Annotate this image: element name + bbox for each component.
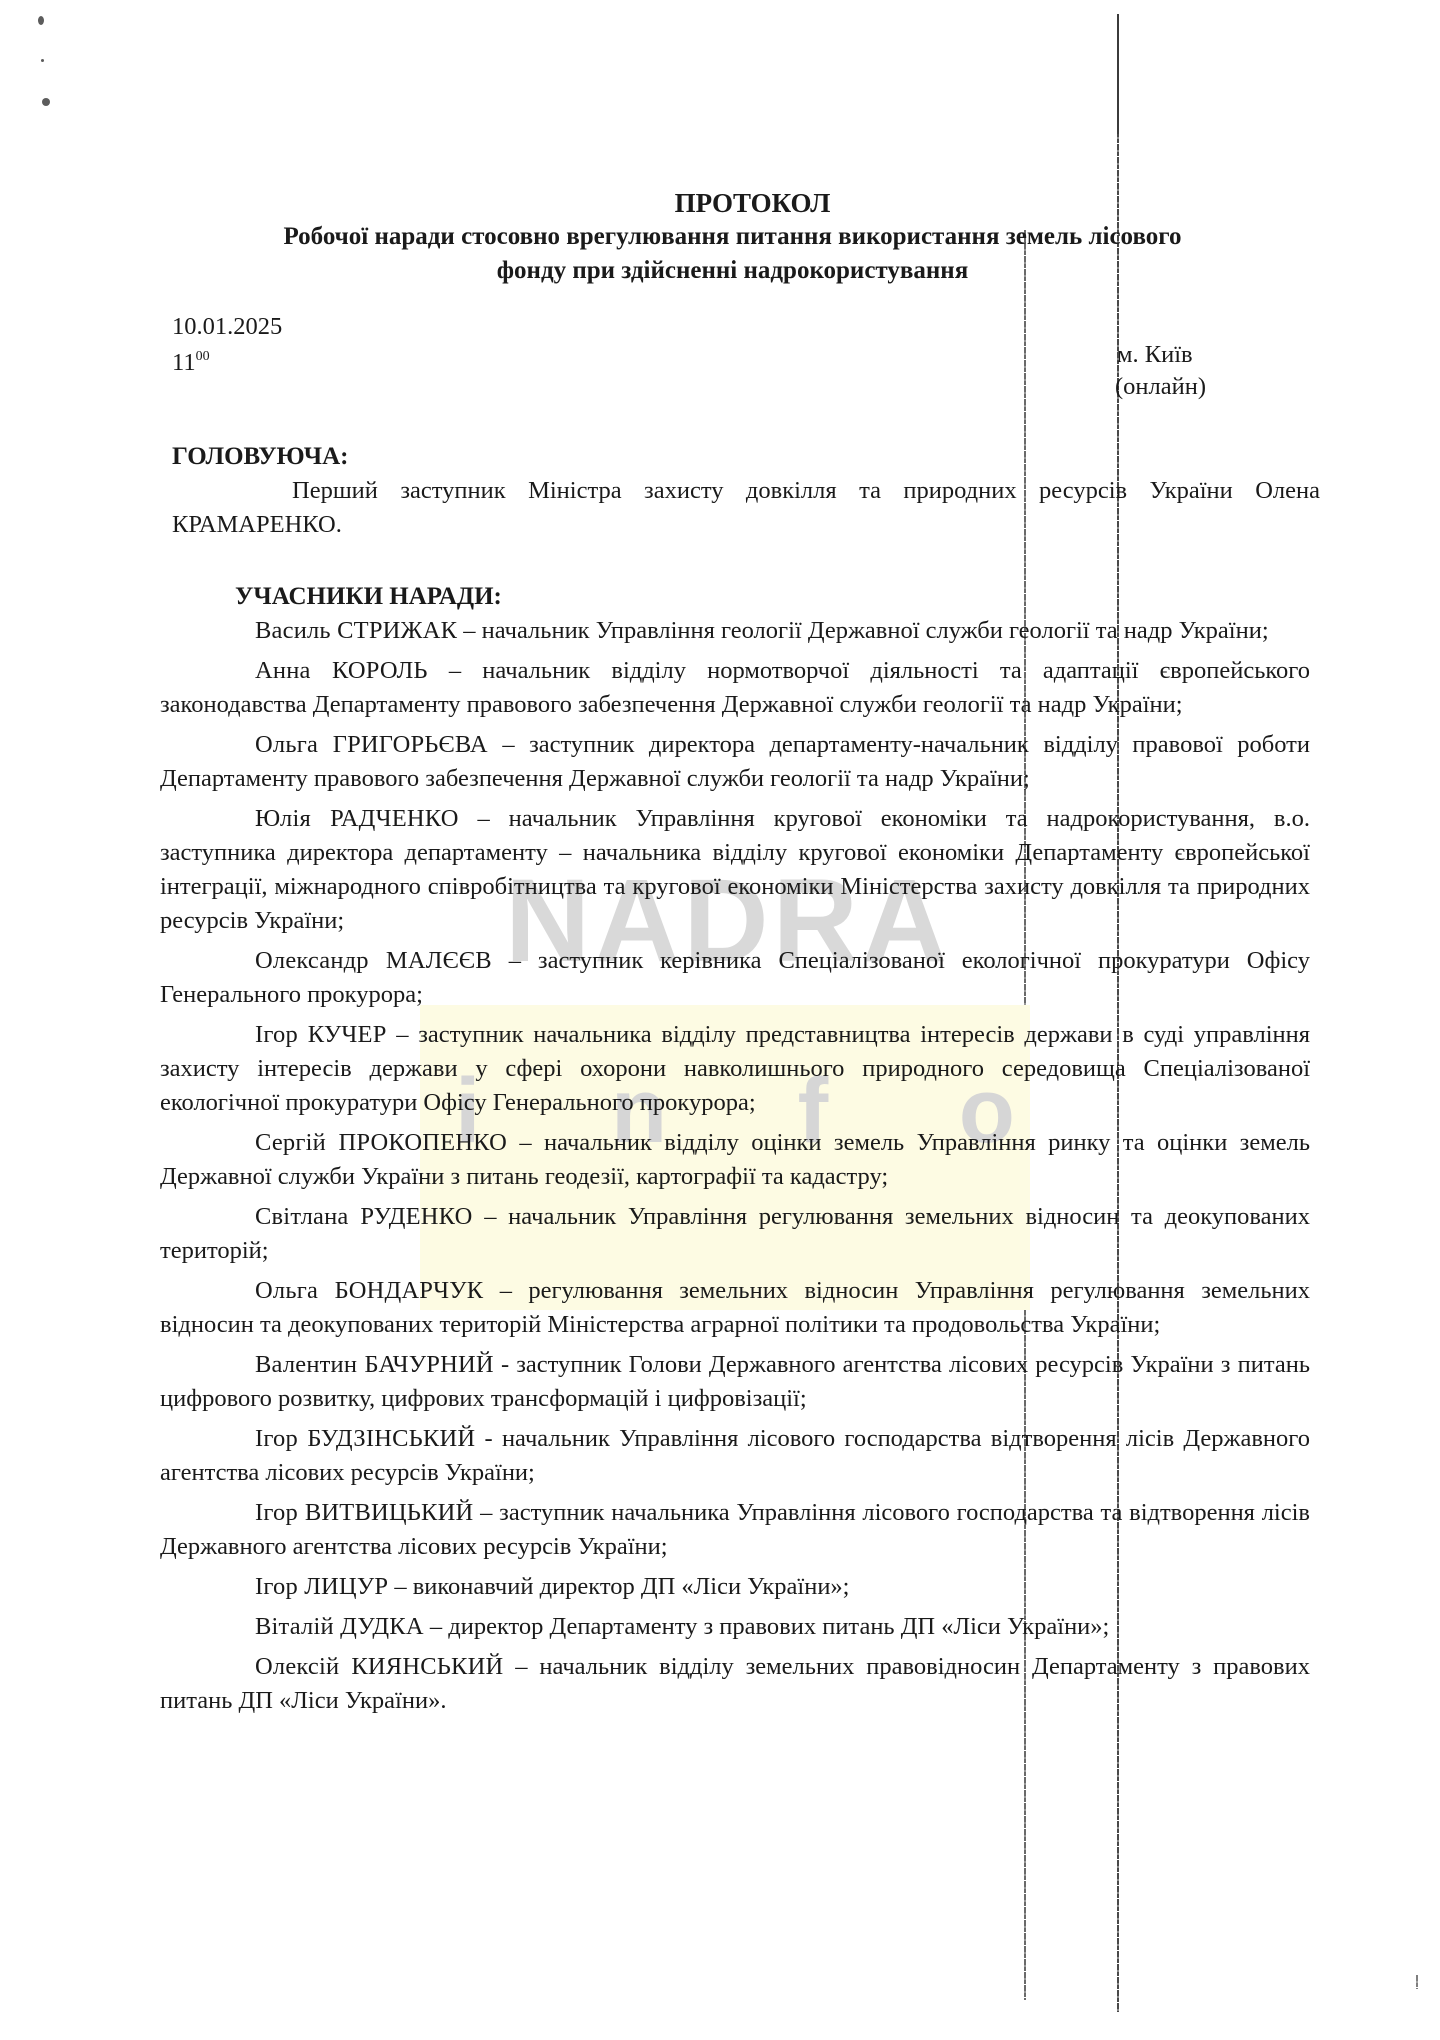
participant-name: Віталій ДУДКА — [255, 1613, 424, 1640]
document-subtitle-line2: фонду при здійсненні надрокористування — [150, 254, 1315, 288]
participant-role: – директор Департаменту з правових питан… — [424, 1613, 1110, 1640]
participant-item: Анна КОРОЛЬ – начальник відділу нормотво… — [160, 654, 1310, 722]
participant-item: Ольга ГРИГОРЬЄВА – заступник директора д… — [160, 728, 1310, 796]
participant-item: Сергій ПРОКОПЕНКО – начальник відділу оц… — [160, 1126, 1310, 1194]
participant-item: Василь СТРИЖАК – начальник Управління ге… — [160, 614, 1310, 648]
participant-role: – начальник Управління геології Державно… — [457, 617, 1269, 644]
participant-name: Ігор КУЧЕР — [255, 1021, 387, 1048]
participant-item: Світлана РУДЕНКО – начальник Управління … — [160, 1200, 1310, 1268]
participant-name: Світлана РУДЕНКО — [255, 1203, 473, 1230]
participant-item: Олексій КИЯНСЬКИЙ – начальник відділу зе… — [160, 1650, 1310, 1718]
meeting-time: 1100 — [172, 340, 210, 380]
document-title: ПРОТОКОЛ — [140, 186, 1315, 220]
participant-item: Валентин БАЧУРНИЙ - заступник Голови Дер… — [160, 1348, 1310, 1416]
participant-name: Ігор ЛИЦУР — [255, 1573, 388, 1600]
participants-heading: УЧАСНИКИ НАРАДИ: — [140, 580, 1315, 614]
participant-item: Ігор БУДЗІНСЬКИЙ - начальник Управління … — [160, 1422, 1310, 1490]
participant-name: Ігор ВИТВИЦЬКИЙ — [255, 1499, 473, 1526]
scan-speck — [42, 98, 50, 106]
participant-name: Олексій КИЯНСЬКИЙ — [255, 1653, 503, 1680]
meeting-format: (онлайн) — [1115, 370, 1206, 404]
scan-margin-mark — [1416, 1975, 1418, 1989]
participant-name: Ігор БУДЗІНСЬКИЙ — [255, 1425, 475, 1452]
chair-heading: ГОЛОВУЮЧА: — [140, 440, 1315, 474]
meeting-time-hour: 11 — [172, 349, 196, 376]
participant-item: Юлія РАДЧЕНКО – начальник Управління кру… — [160, 802, 1310, 938]
meeting-time-minutes: 00 — [196, 349, 210, 364]
participant-name: Валентин БАЧУРНИЙ — [255, 1351, 494, 1378]
participant-role: – виконавчий директор ДП «Ліси України»; — [388, 1573, 849, 1600]
participant-item: Ігор ЛИЦУР – виконавчий директор ДП «Ліс… — [160, 1570, 1310, 1604]
participant-name: Анна КОРОЛЬ — [255, 657, 428, 684]
document-body: ПРОТОКОЛ Робочої наради стосовно врегулю… — [140, 186, 1315, 1724]
scan-speck — [38, 16, 44, 25]
meeting-city: м. Київ — [1117, 338, 1193, 372]
meeting-date: 10.01.2025 — [172, 310, 282, 344]
scan-speck — [41, 59, 44, 62]
participant-name: Олександр МАЛЄЄВ — [255, 947, 492, 974]
participant-item: Ігор КУЧЕР – заступник начальника відділ… — [160, 1018, 1310, 1120]
participant-name: Сергій ПРОКОПЕНКО — [255, 1129, 507, 1156]
participant-name: Юлія РАДЧЕНКО — [255, 805, 459, 832]
scanned-document-page: NADRA i n f o ПРОТОКОЛ Робочої наради ст… — [0, 0, 1440, 2040]
participant-item: Ігор ВИТВИЦЬКИЙ – заступник начальника У… — [160, 1496, 1310, 1564]
document-meta: 10.01.2025 1100 м. Київ (онлайн) — [140, 310, 1315, 400]
participant-name: Ольга БОНДАРЧУК — [255, 1277, 483, 1304]
participants-list: Василь СТРИЖАК – начальник Управління ге… — [140, 614, 1315, 1718]
document-subtitle-line1: Робочої наради стосовно врегулювання пит… — [150, 220, 1315, 254]
participant-name: Ольга ГРИГОРЬЄВА — [255, 731, 488, 758]
participant-item: Ольга БОНДАРЧУК – регулювання земельних … — [160, 1274, 1310, 1342]
participant-item: Олександр МАЛЄЄВ – заступник керівника С… — [160, 944, 1310, 1012]
participant-item: Віталій ДУДКА – директор Департаменту з … — [160, 1610, 1310, 1644]
participant-name: Василь СТРИЖАК — [255, 617, 457, 644]
chair-text: Перший заступник Міністра захисту довкіл… — [172, 474, 1320, 542]
